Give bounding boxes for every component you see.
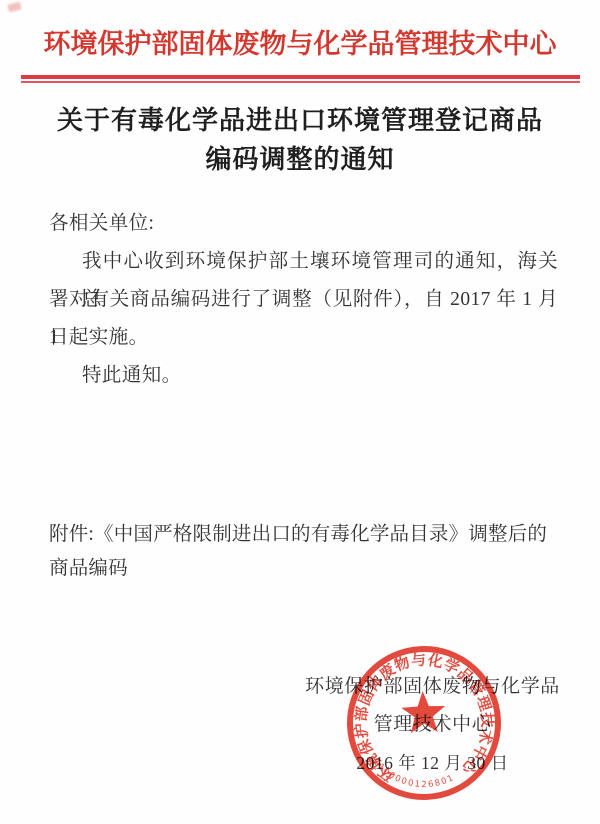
body-paragraph-line: 日起实施。 [49, 319, 558, 357]
scanned-notice-page: 环境保护部固体废物与化学品管理技术中心 关于有毒化学品进出口环境管理登记商品 编… [0, 0, 600, 824]
document-title-line1: 关于有毒化学品进出口环境管理登记商品 [0, 100, 600, 137]
body-paragraph-line: 我中心收到环境保护部土壤环境管理司的通知，海关总 [49, 243, 558, 281]
document-title-line2: 编码调整的通知 [0, 139, 600, 176]
salutation-line: 各相关单位: [49, 205, 558, 243]
letterhead-divider-thick-line [21, 75, 580, 79]
seal-star [401, 690, 447, 733]
closing-line: 特此通知。 [49, 357, 558, 395]
attachment-line2: 商品编码 [49, 552, 558, 586]
letterhead-divider-thin-line [21, 81, 580, 83]
letterhead-org-name: 环境保护部固体废物与化学品管理技术中心 [0, 25, 600, 63]
body-paragraph-line: 署对有关商品编码进行了调整（见附件），自 2017 年 1 月 1 [49, 281, 558, 319]
ink-smudge-artifact [7, 2, 22, 13]
body-text-block: 各相关单位: 我中心收到环境保护部土壤环境管理司的通知，海关总 署对有关商品编码… [49, 205, 558, 395]
attachment-note-block: 附件:《中国严格限制进出口的有毒化学品目录》调整后的 商品编码 [49, 518, 558, 586]
official-seal: 环境保护部固体废物与化学品管理技术中心 1100000126801 [339, 638, 510, 809]
attachment-line1: 附件:《中国严格限制进出口的有毒化学品目录》调整后的 [49, 518, 558, 552]
